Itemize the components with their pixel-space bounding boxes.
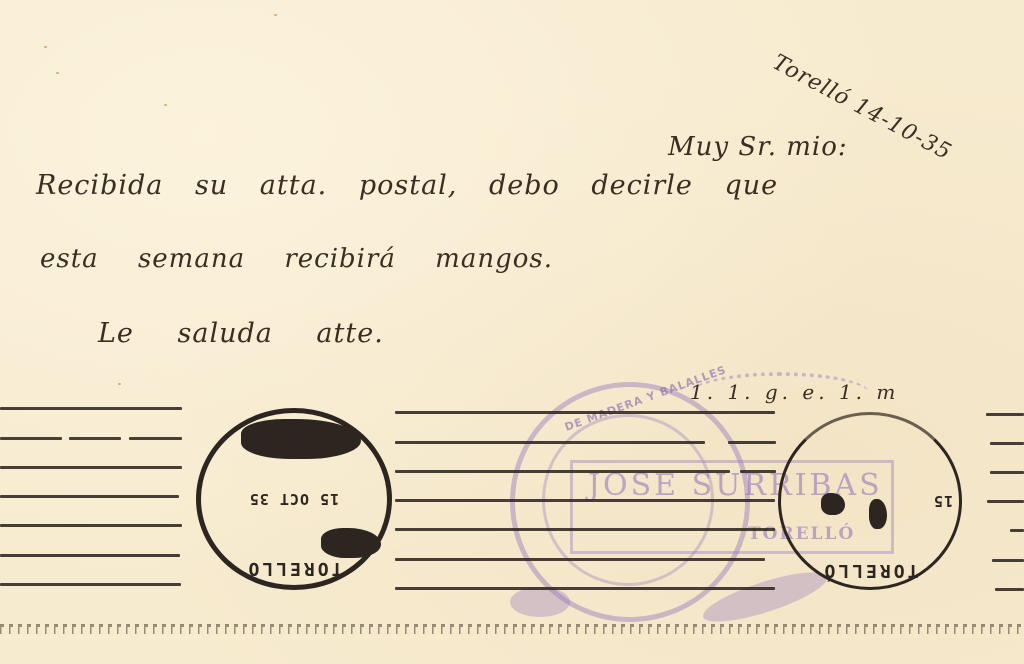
- handwritten-line-1: Recibida su atta. postal, debo decirle q…: [36, 170, 778, 201]
- postmark-date: 15: [933, 492, 953, 510]
- stamp-swash: [510, 587, 570, 617]
- perforated-edge: [0, 624, 1024, 634]
- handwritten-line-2: esta semana recibirá mangos.: [40, 244, 553, 274]
- handwritten-closing: Le saluda atte.: [98, 318, 384, 349]
- postcard: Torelló 14-10-35 Muy Sr. mio: Recibida s…: [0, 0, 1024, 664]
- postmark-town: TORELLÓ: [201, 558, 387, 579]
- postmark-right: 15 TORELLÓ: [778, 412, 962, 590]
- handwritten-greeting: Muy Sr. mio:: [668, 132, 848, 162]
- postmark-date: 15 OCT 35: [201, 490, 387, 508]
- postmark-town: TORELLÓ: [781, 560, 959, 581]
- postmark-left: 15 OCT 35 TORELLÓ: [196, 408, 392, 590]
